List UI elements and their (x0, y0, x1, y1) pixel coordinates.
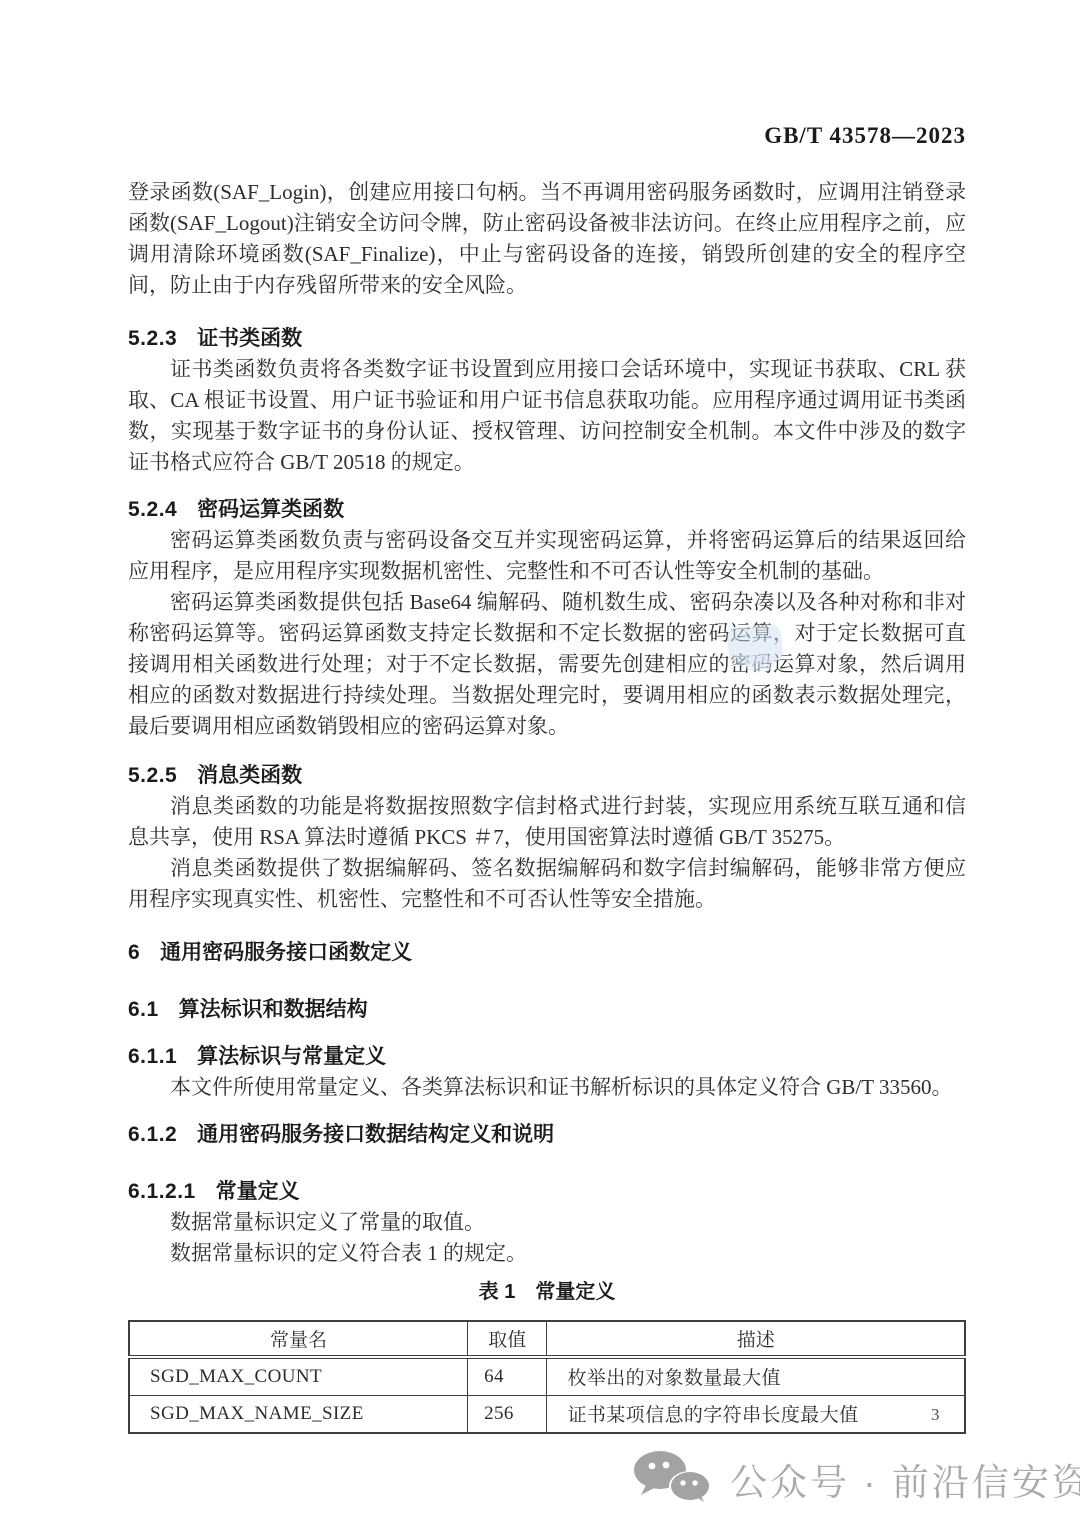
heading-number: 6.1.1 (128, 1045, 177, 1068)
page-number: 3 (931, 1405, 940, 1425)
heading-number: 5.2.4 (128, 498, 177, 521)
heading-6: 6通用密码服务接口函数定义 (128, 937, 966, 968)
table-cell: 枚举出的对象数量最大值 (547, 1357, 965, 1395)
heading-6-1-2: 6.1.2通用密码服务接口数据结构定义和说明 (128, 1119, 966, 1150)
table-header-cell: 常量名 (129, 1321, 468, 1357)
paragraph: 证书类函数负责将各类数字证书设置到应用接口会话环境中，实现证书获取、CRL 获取… (128, 354, 966, 478)
table-cell: 证书某项信息的字符串长度最大值 (547, 1395, 965, 1433)
watermark-text: 公众号 · 前沿信安资讯阵地 (730, 1452, 1080, 1506)
document-content: 登录函数(SAF_Login)，创建应用接口句柄。当不再调用密码服务函数时，应调… (128, 163, 966, 1434)
table-cell: 256 (468, 1395, 547, 1433)
heading-number: 6.1 (128, 998, 159, 1021)
paragraph: 密码运算类函数提供包括 Base64 编解码、随机数生成、密码杂凑以及各种对称和… (128, 587, 966, 742)
document-page: { "page": { "standard_number": "GB/T 435… (0, 0, 1080, 1525)
heading-title: 算法标识与常量定义 (197, 1045, 386, 1068)
table-header-cell: 描述 (547, 1321, 965, 1357)
intro-paragraph: 登录函数(SAF_Login)，创建应用接口句柄。当不再调用密码服务函数时，应调… (128, 177, 966, 301)
heading-number: 6.1.2 (128, 1123, 177, 1146)
paragraph: 数据常量标识的定义符合表 1 的规定。 (128, 1238, 966, 1269)
table-cell: SGD_MAX_NAME_SIZE (129, 1395, 468, 1433)
heading-6-1-2-1: 6.1.2.1常量定义 (128, 1176, 966, 1207)
wechat-logo-icon (632, 1450, 714, 1507)
watermark: 公众号 · 前沿信安资讯阵地 (632, 1450, 1080, 1507)
table-header-cell: 取值 (468, 1321, 547, 1357)
table-caption: 表 1 常量定义 (128, 1277, 966, 1308)
table-cell: SGD_MAX_COUNT (129, 1357, 468, 1395)
heading-number: 5.2.5 (128, 764, 177, 787)
constants-table: 常量名取值描述 SGD_MAX_COUNT64枚举出的对象数量最大值SGD_MA… (128, 1320, 966, 1434)
heading-5-2-5: 5.2.5消息类函数 (128, 760, 966, 791)
heading-title: 常量定义 (216, 1180, 300, 1203)
heading-title: 证书类函数 (197, 327, 302, 350)
scan-artifact (744, 655, 774, 671)
constants-table-header: 常量名取值描述 (129, 1321, 965, 1357)
heading-5-2-4: 5.2.4密码运算类函数 (128, 494, 966, 525)
table-cell: 64 (468, 1357, 547, 1395)
heading-title: 密码运算类函数 (197, 498, 344, 521)
heading-title: 通用密码服务接口函数定义 (160, 941, 412, 964)
heading-title: 通用密码服务接口数据结构定义和说明 (197, 1123, 554, 1146)
paragraph: 数据常量标识定义了常量的取值。 (128, 1207, 966, 1238)
heading-5-2-3: 5.2.3证书类函数 (128, 323, 966, 354)
table-row: SGD_MAX_NAME_SIZE256证书某项信息的字符串长度最大值 (129, 1395, 965, 1433)
heading-number: 6.1.2.1 (128, 1180, 196, 1203)
standard-number: GB/T 43578—2023 (764, 123, 966, 149)
paragraph: 本文件所使用常量定义、各类算法标识和证书解析标识的具体定义符合 GB/T 335… (128, 1072, 966, 1103)
heading-6-1: 6.1算法标识和数据结构 (128, 994, 966, 1025)
heading-title: 消息类函数 (197, 764, 302, 787)
heading-number: 5.2.3 (128, 327, 177, 350)
paragraph: 密码运算类函数负责与密码设备交互并实现密码运算，并将密码运算后的结果返回给应用程… (128, 525, 966, 587)
heading-number: 6 (128, 941, 140, 964)
table-row: SGD_MAX_COUNT64枚举出的对象数量最大值 (129, 1357, 965, 1395)
paragraph: 消息类函数的功能是将数据按照数字信封格式进行封装，实现应用系统互联互通和信息共享… (128, 791, 966, 853)
heading-6-1-1: 6.1.1算法标识与常量定义 (128, 1041, 966, 1072)
paragraph: 消息类函数提供了数据编解码、签名数据编解码和数字信封编解码，能够非常方便应用程序… (128, 853, 966, 915)
constants-table-body: SGD_MAX_COUNT64枚举出的对象数量最大值SGD_MAX_NAME_S… (129, 1357, 965, 1433)
heading-title: 算法标识和数据结构 (179, 998, 368, 1021)
